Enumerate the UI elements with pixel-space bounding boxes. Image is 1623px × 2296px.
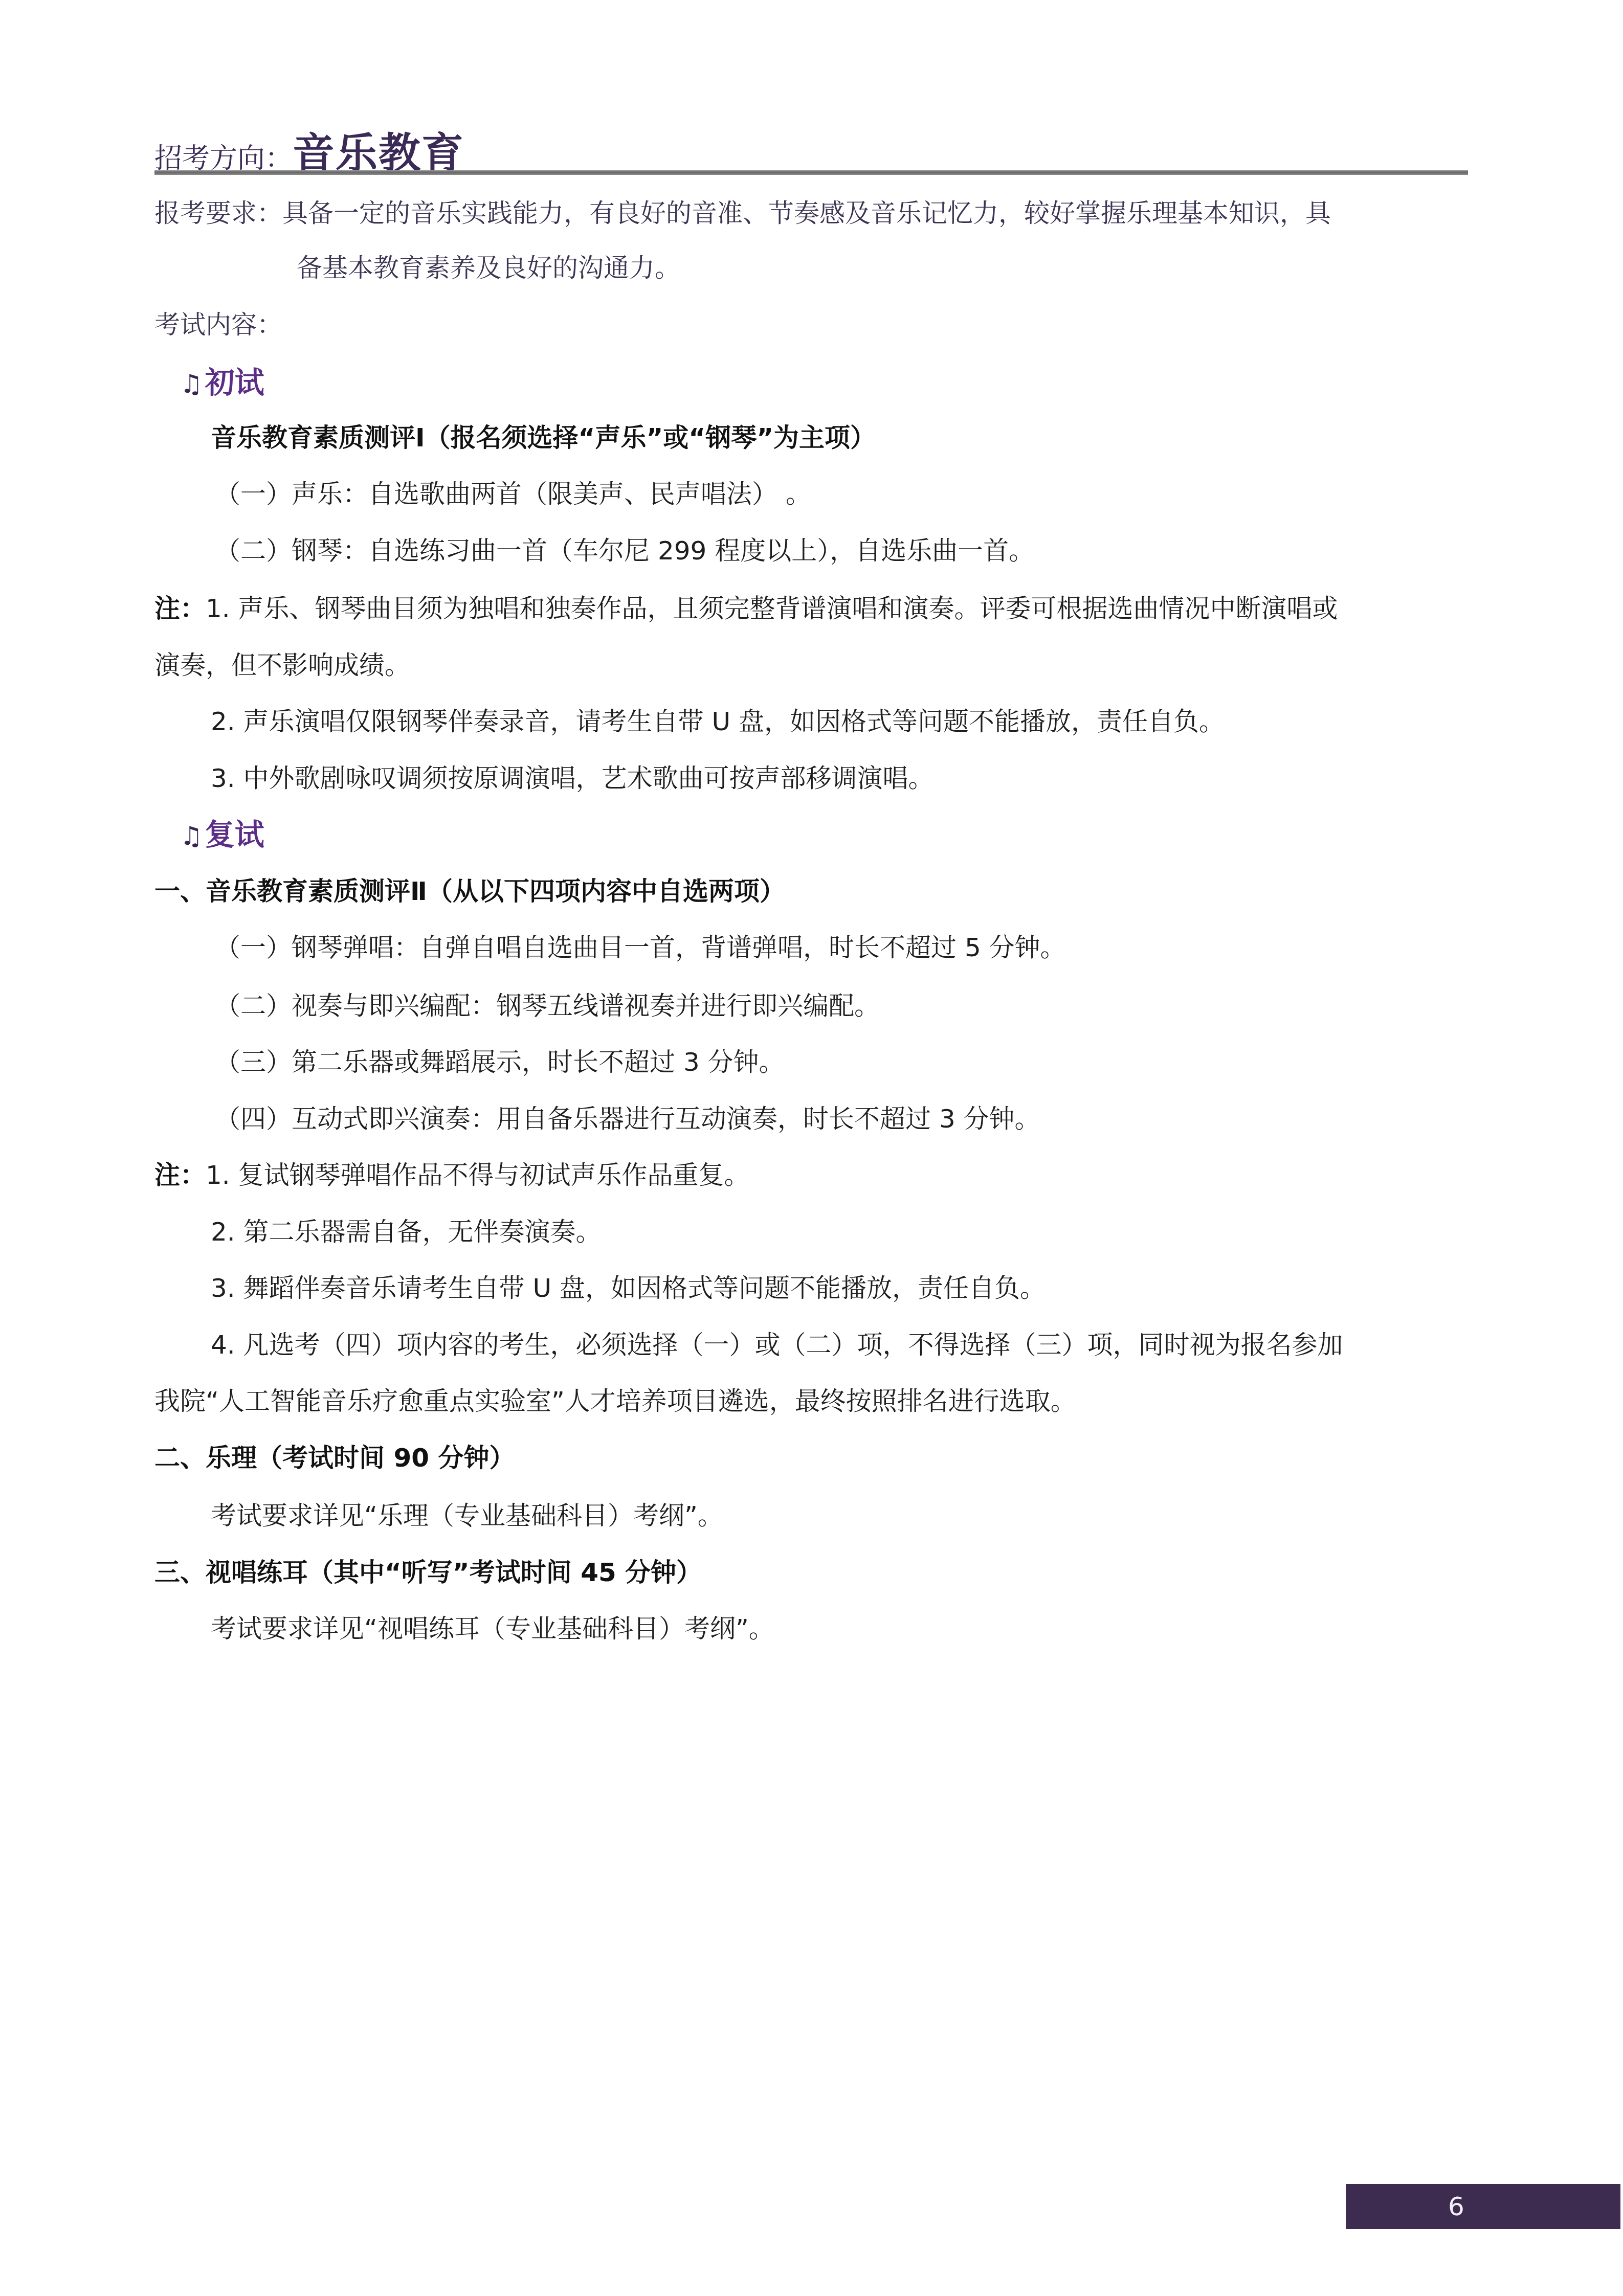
list-item: （一）钢琴弹唱：自弹自唱自选曲目一首，背谱弹唱，时长不超过 5 分钟。: [215, 932, 1066, 963]
note-label: 注：: [154, 1160, 206, 1190]
retest-part2-heading: 二、乐理（考试时间 90 分钟）: [154, 1443, 515, 1473]
requirements-text-1: 具备一定的音乐实践能力，有良好的音准、节奏感及音乐记忆力，较好掌握乐理基本知识，…: [282, 198, 1331, 228]
retest-part3-heading: 三、视唱练耳（其中“听写”考试时间 45 分钟）: [154, 1557, 702, 1588]
note-text: 1. 声乐、钢琴曲目须为独唱和独奏作品，且须完整背谱演唱和演奏。评委可根据选曲情…: [206, 594, 1338, 623]
retest-part2-detail: 考试要求详见“乐理（专业基础科目）考纲”。: [211, 1500, 723, 1531]
note-text: 1. 复试钢琴弹唱作品不得与初试声乐作品重复。: [206, 1160, 750, 1190]
exam-content-label: 考试内容：: [154, 309, 282, 340]
section-heading-label: 初试: [205, 365, 264, 400]
page-number: 6: [1448, 2184, 1464, 2229]
requirements-label: 报考要求：: [154, 198, 282, 228]
section-heading-label: 复试: [205, 817, 264, 852]
note-line: 注：1. 声乐、钢琴曲目须为独唱和独奏作品，且须完整背谱演唱和演奏。评委可根据选…: [154, 593, 1338, 624]
title-prefix: 招考方向：: [154, 142, 293, 174]
page-number-badge: 6: [1346, 2184, 1620, 2229]
list-item: （三）第二乐器或舞蹈展示，时长不超过 3 分钟。: [215, 1047, 785, 1077]
retest-part1-heading: 一、音乐教育素质测评Ⅱ（从以下四项内容中自选两项）: [154, 876, 785, 907]
retest-part3-detail: 考试要求详见“视唱练耳（专业基础科目）考纲”。: [211, 1613, 774, 1644]
list-item: （四）互动式即兴演奏：用自备乐器进行互动演奏，时长不超过 3 分钟。: [215, 1104, 1040, 1134]
note-line: 3. 中外歌剧咏叹调须按原调演唱，艺术歌曲可按声部移调演唱。: [211, 763, 934, 794]
section-heading-preliminary: ♫初试: [180, 365, 264, 402]
note-line: 3. 舞蹈伴奏音乐请考生自带 U 盘，如因格式等问题不能播放，责任自负。: [211, 1273, 1046, 1303]
requirements-text-2: 备基本教育素养及良好的沟通力。: [297, 253, 680, 283]
list-item: （一）声乐：自选歌曲两首（限美声、民声唱法） 。: [215, 479, 811, 509]
section-heading-retest: ♫复试: [180, 817, 264, 854]
list-item: （二）视奏与即兴编配：钢琴五线谱视奏并进行即兴编配。: [215, 991, 880, 1021]
note-line: 4. 凡选考（四）项内容的考生，必须选择（一）或（二）项，不得选择（三）项，同时…: [211, 1330, 1343, 1360]
title-divider: [154, 170, 1468, 175]
note-line: 注：1. 复试钢琴弹唱作品不得与初试声乐作品重复。: [154, 1160, 750, 1190]
music-note-icon: ♫: [180, 369, 203, 399]
note-label: 注：: [154, 594, 206, 623]
note-line: 2. 声乐演唱仅限钢琴伴奏录音，请考生自带 U 盘，如因格式等问题不能播放，责任…: [211, 706, 1225, 737]
note-line: 演奏，但不影响成绩。: [154, 650, 410, 681]
preliminary-subheading: 音乐教育素质测评Ⅰ（报名须选择“声乐”或“钢琴”为主项）: [211, 422, 876, 453]
note-line: 我院“人工智能音乐疗愈重点实验室”人才培养项目遴选，最终按照排名进行选取。: [154, 1386, 1076, 1416]
note-line: 2. 第二乐器需自备，无伴奏演奏。: [211, 1217, 602, 1247]
music-note-icon: ♫: [180, 821, 203, 851]
requirements-line-1: 报考要求：具备一定的音乐实践能力，有良好的音准、节奏感及音乐记忆力，较好掌握乐理…: [154, 198, 1331, 229]
list-item: （二）钢琴：自选练习曲一首（车尔尼 299 程度以上），自选乐曲一首。: [215, 535, 1034, 566]
